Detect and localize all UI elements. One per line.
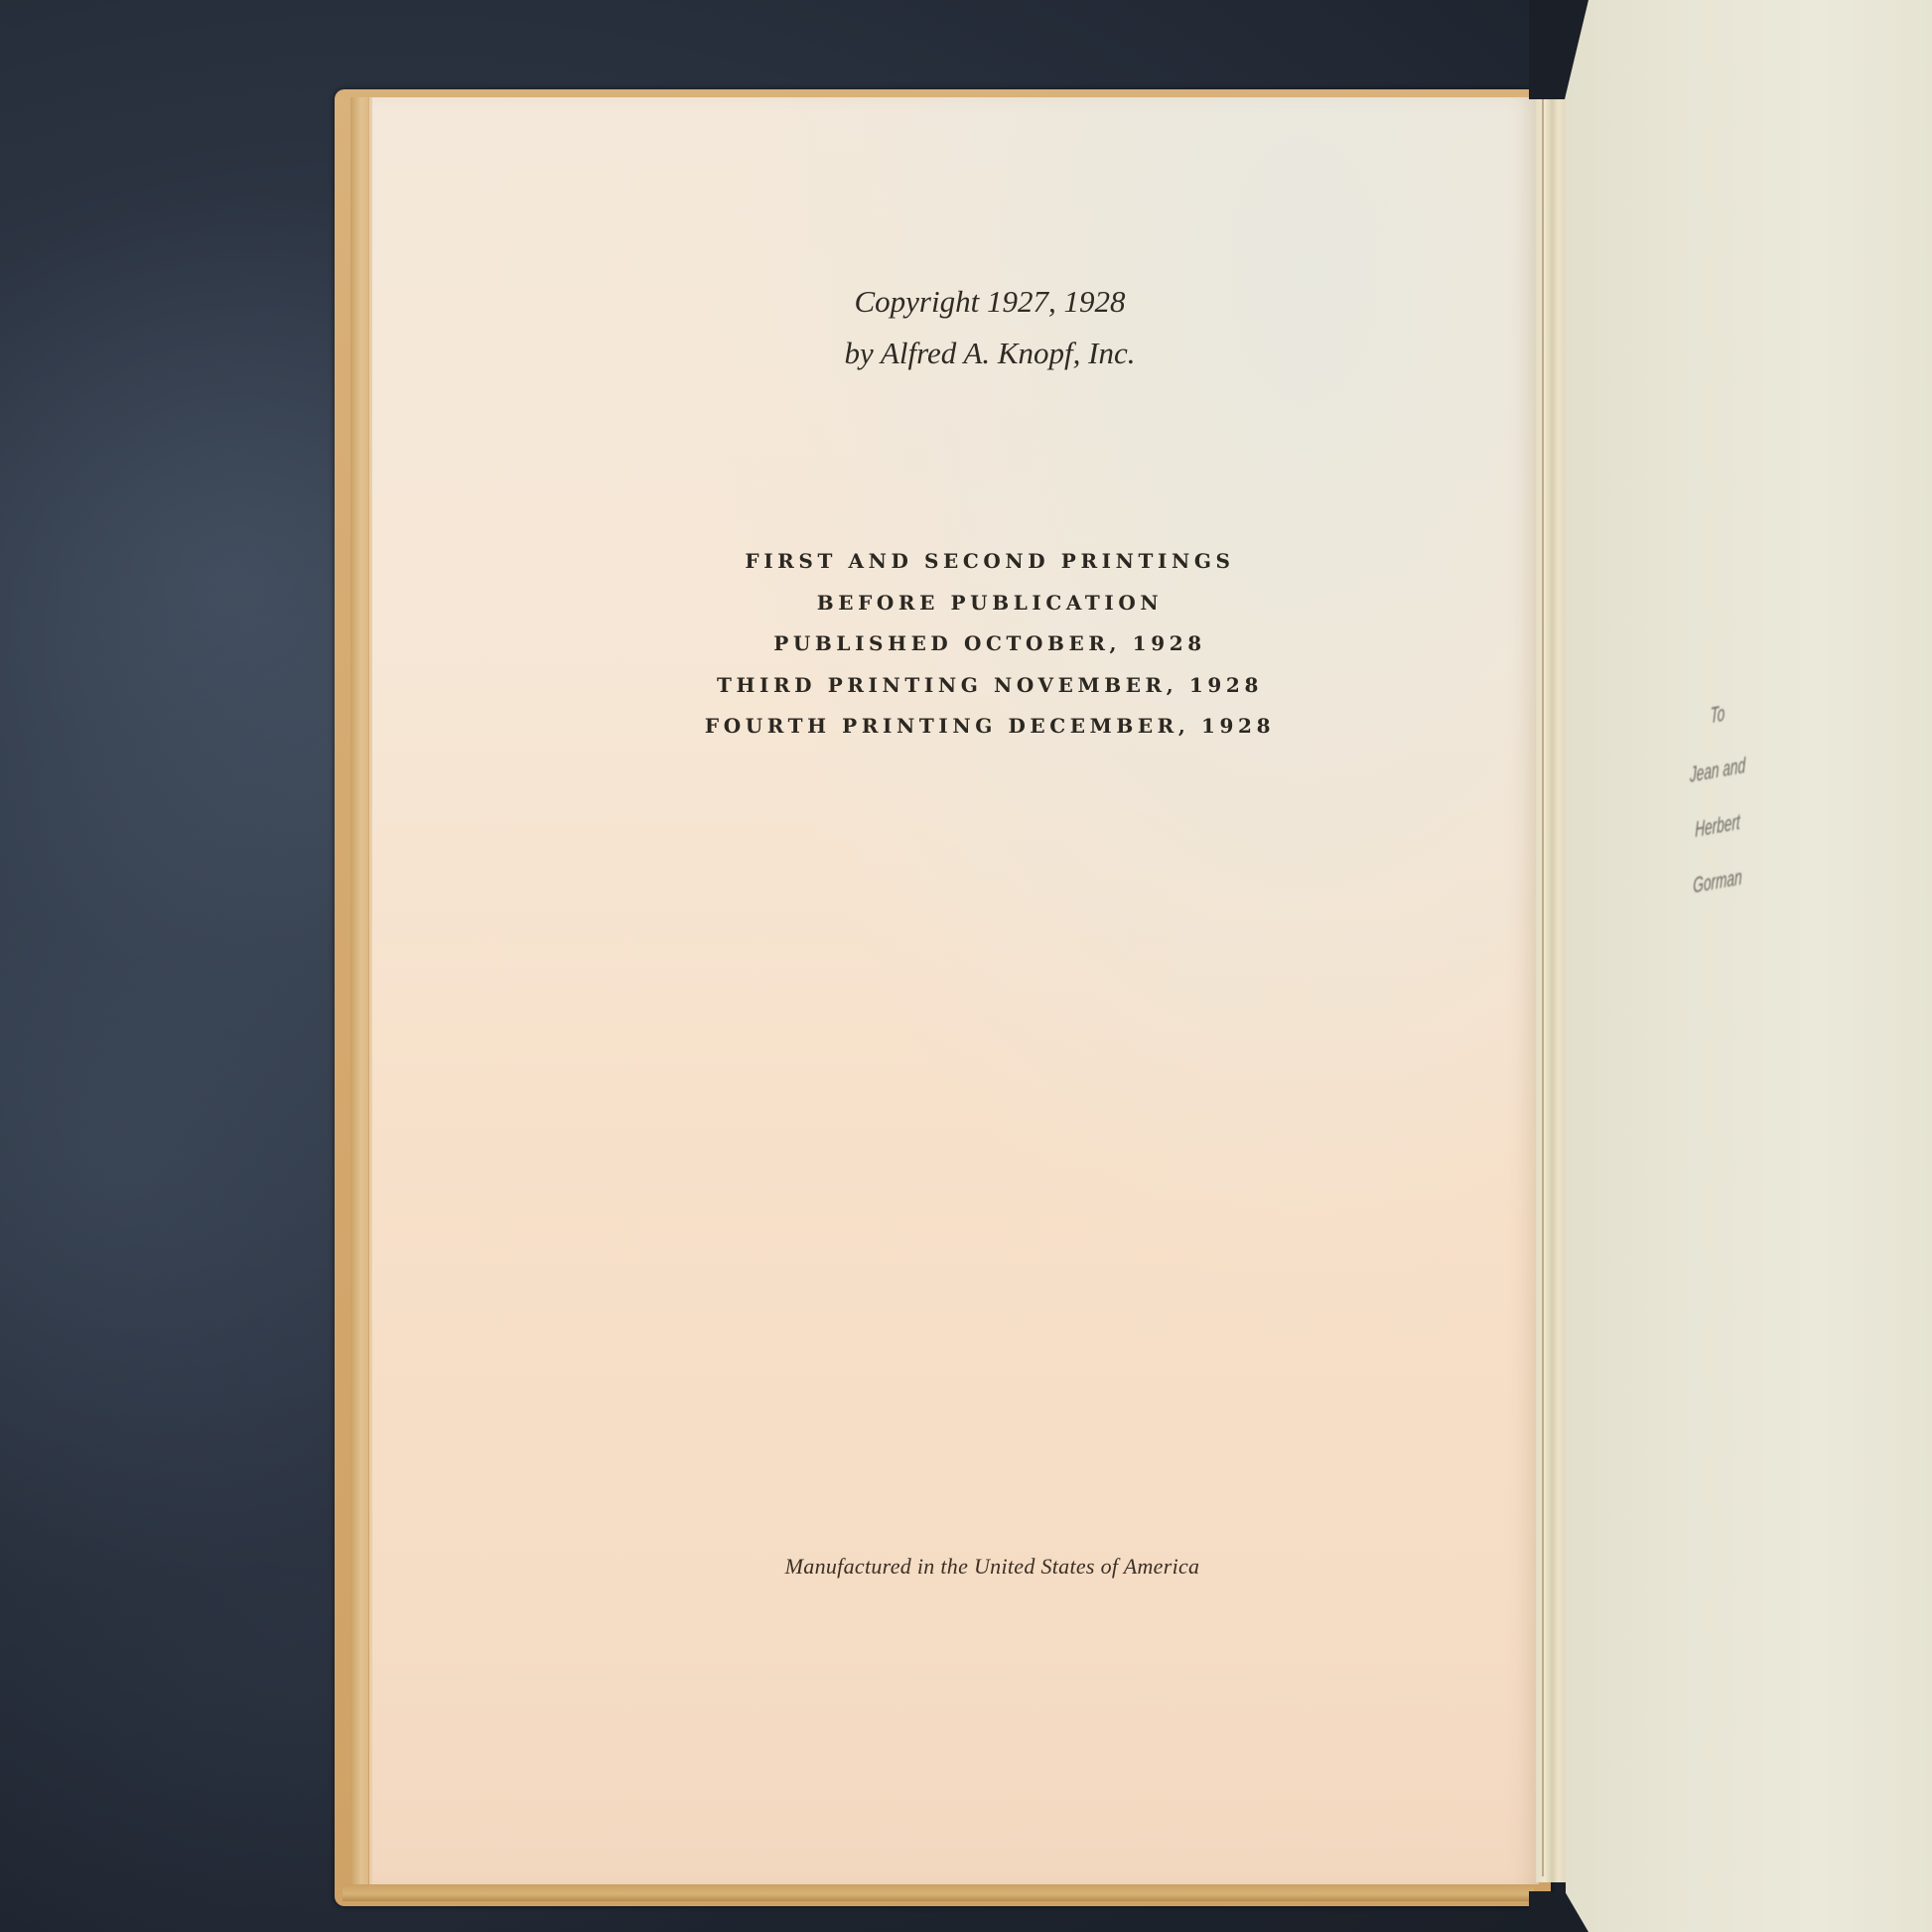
copyright-year-line: Copyright 1927, 1928 (369, 276, 1610, 328)
dedication-page (1566, 0, 1932, 1932)
copyright-publisher-line: by Alfred A. Knopf, Inc. (369, 328, 1610, 379)
printing-line: PUBLISHED OCTOBER, 1928 (369, 623, 1610, 665)
dedication-line: Jean and Herbert (1675, 735, 1761, 861)
cover-bottom-edge (343, 1883, 1534, 1901)
printing-line: THIRD PRINTING NOVEMBER, 1928 (369, 665, 1610, 707)
copyright-notice: Copyright 1927, 1928 by Alfred A. Knopf,… (369, 276, 1610, 379)
manufactured-notice: Manufactured in the United States of Ame… (369, 1554, 1615, 1580)
printing-history: FIRST AND SECOND PRINTINGS BEFORE PUBLIC… (369, 541, 1610, 748)
printing-line: FOURTH PRINTING DECEMBER, 1928 (369, 706, 1610, 748)
printing-line: BEFORE PUBLICATION (369, 583, 1610, 624)
page-edge (350, 97, 368, 1884)
printing-line: FIRST AND SECOND PRINTINGS (369, 541, 1610, 583)
dedication-text: To Jean and Herbert Gorman (1675, 679, 1761, 916)
